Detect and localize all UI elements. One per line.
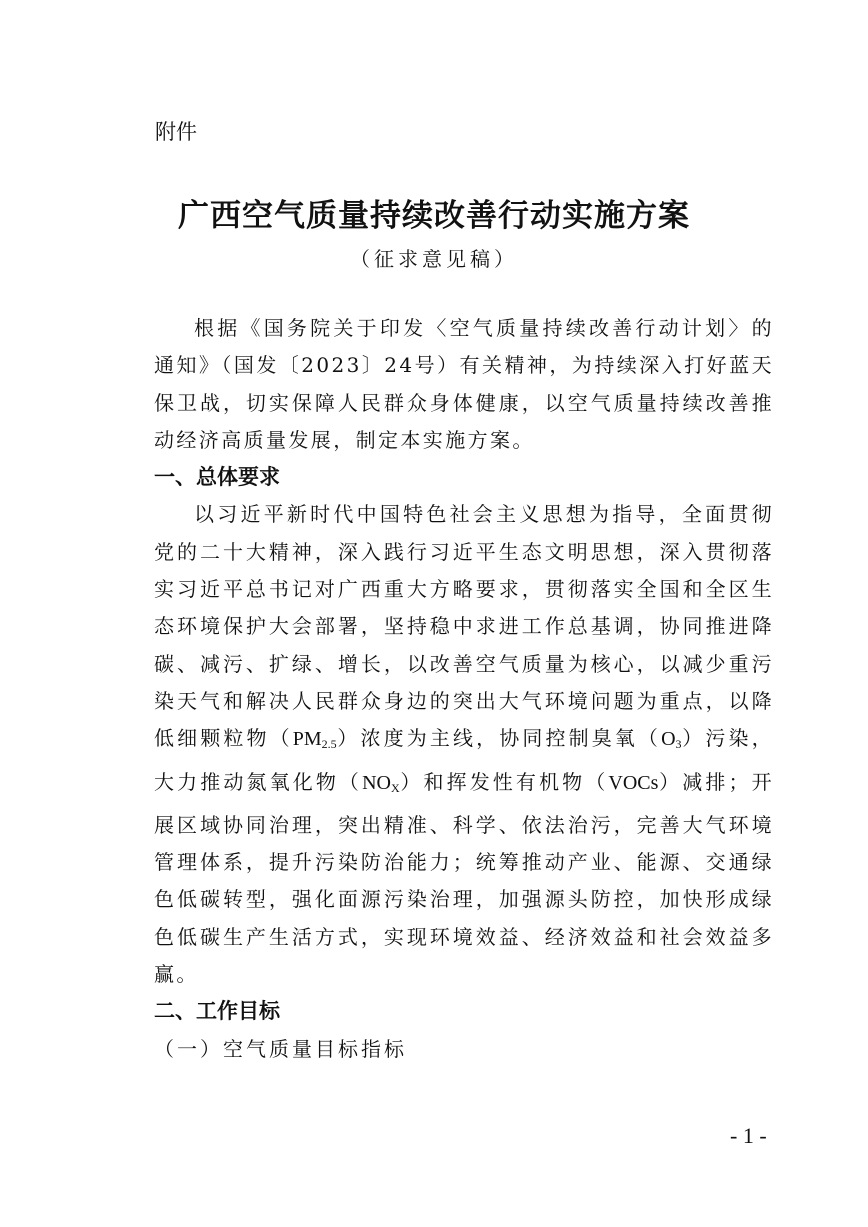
- page-number: - 1 -: [730, 1123, 767, 1149]
- text-span: ）浓度为主线，协同控制臭氧（: [337, 726, 661, 750]
- pm-subscript: 2.5: [322, 737, 337, 751]
- section-heading-general-requirements: 一、总体要求: [154, 459, 774, 496]
- text-span: ）和挥发性有机物（: [400, 770, 609, 794]
- nox-label: NO: [362, 772, 391, 794]
- text-span: 以习近平新时代中国特色社会主义思想为指导，全面贯彻党的二十大精神，深入践行习近平…: [154, 502, 774, 750]
- section-heading-work-goals: 二、工作目标: [154, 993, 774, 1030]
- o3-label: O: [661, 728, 675, 750]
- subsection-heading-air-quality-targets: （一）空气质量目标指标: [154, 1031, 774, 1068]
- pm-label: PM: [293, 728, 322, 750]
- general-requirements-paragraph: 以习近平新时代中国特色社会主义思想为指导，全面贯彻党的二十大精神，深入践行习近平…: [154, 496, 774, 993]
- text-span: ）减排；开展区域协同治理，突出精准、科学、依法治污，完善大气环境管理体系，提升污…: [154, 770, 774, 986]
- vocs-label: VOCs: [608, 772, 658, 794]
- intro-paragraph: 根据《国务院关于印发〈空气质量持续改善行动计划〉的通知》（国发〔2023〕24号…: [154, 310, 774, 459]
- document-subtitle: （征求意见稿）: [0, 243, 868, 272]
- document-title: 广西空气质量持续改善行动实施方案: [0, 190, 868, 235]
- document-body: 根据《国务院关于印发〈空气质量持续改善行动计划〉的通知》（国发〔2023〕24号…: [154, 310, 774, 1068]
- attachment-label: 附件: [155, 116, 197, 146]
- nox-subscript: X: [391, 781, 400, 795]
- document-page: 附件 广西空气质量持续改善行动实施方案 （征求意见稿） 根据《国务院关于印发〈空…: [0, 0, 868, 1227]
